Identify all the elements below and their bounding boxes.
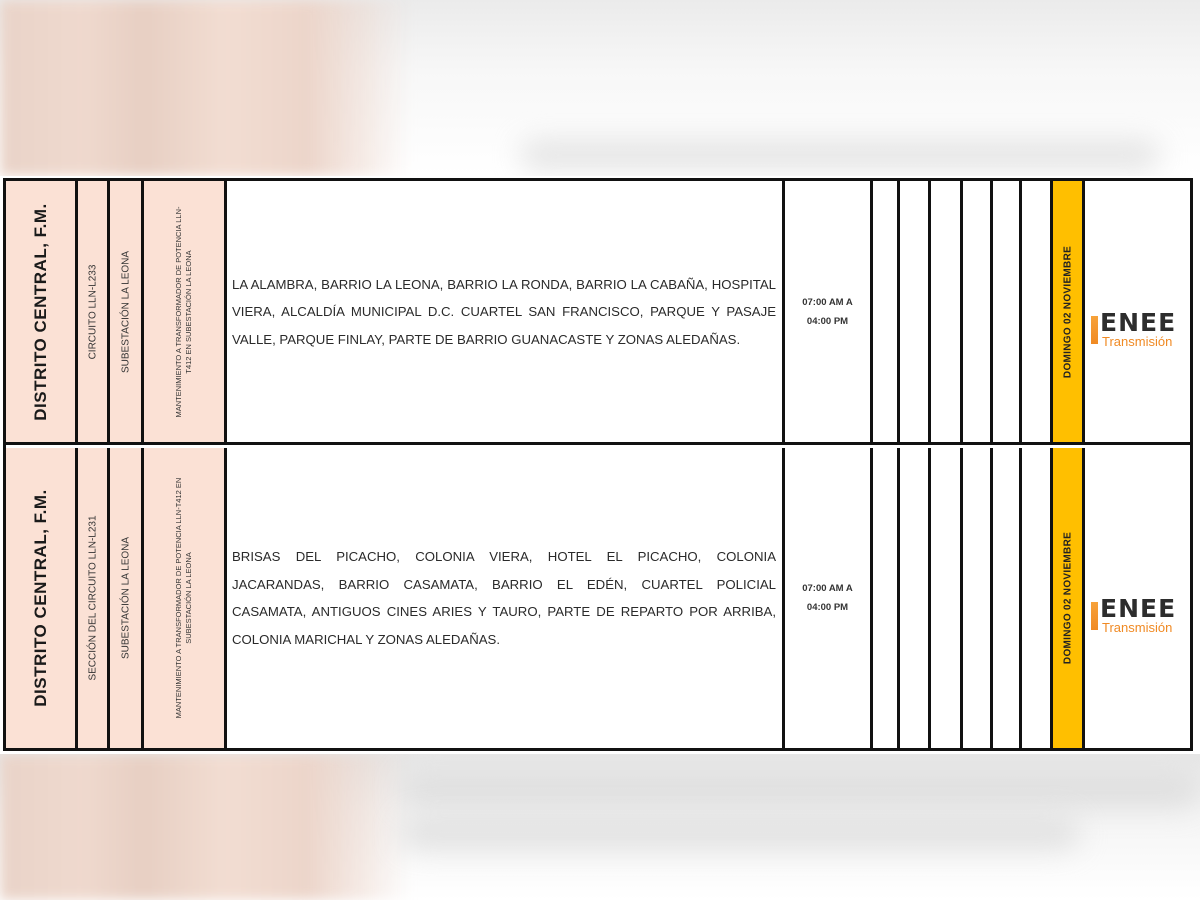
work-description-cell: MANTENIMIENTO A TRANSFORMADOR DE POTENCI… (144, 448, 227, 748)
district-label: DISTRITO CENTRAL, F.M. (31, 203, 51, 421)
logo-cell: ENEE Transmisión (1085, 448, 1190, 748)
logo-main-text: ENEE (1100, 594, 1176, 623)
substation-label: SUBESTACIÓN LA LEONA (120, 250, 131, 372)
work-description: MANTENIMIENTO A TRANSFORMADOR DE POTENCI… (174, 453, 194, 743)
empty-cell (931, 448, 963, 748)
time-cell: 07:00 AM A 04:00 PM (785, 448, 873, 748)
empty-cell (931, 181, 963, 442)
circuit-label: SECCIÓN DEL CIRCUITO LLN-L231 (87, 515, 98, 680)
logo-cell: ENEE Transmisión (1085, 181, 1190, 442)
work-description: MANTENIMIENTO A TRANSFORMADOR DE POTENCI… (174, 204, 194, 419)
affected-areas-cell: LA ALAMBRA, BARRIO LA LEONA, BARRIO LA R… (227, 181, 785, 442)
blurred-text (400, 772, 1200, 808)
district-cell: DISTRITO CENTRAL, F.M. (6, 181, 78, 442)
empty-cell (963, 448, 993, 748)
empty-cell (993, 448, 1022, 748)
table-row: DISTRITO CENTRAL, F.M. CIRCUITO LLN-L233… (6, 181, 1190, 445)
date-cell: DOMINGO 02 NOVIEMBRE (1053, 181, 1085, 442)
time-start: 07:00 AM A (785, 579, 870, 598)
outage-schedule-table: DISTRITO CENTRAL, F.M. CIRCUITO LLN-L233… (3, 178, 1193, 751)
time-end: 04:00 PM (785, 598, 870, 617)
time-cell: 07:00 AM A 04:00 PM (785, 181, 873, 442)
empty-cell (1022, 448, 1053, 748)
affected-areas-text: LA ALAMBRA, BARRIO LA LEONA, BARRIO LA R… (232, 270, 776, 353)
blurred-text (520, 140, 1160, 170)
time-start: 07:00 AM A (785, 293, 870, 312)
blurred-peach-columns (0, 0, 410, 176)
blurred-background-top (0, 0, 1200, 176)
logo-sub-text: Transmisión (1102, 334, 1172, 349)
time-end: 04:00 PM (785, 312, 870, 331)
empty-cell (873, 181, 900, 442)
enee-logo-mark-icon (1091, 602, 1098, 630)
empty-cell (900, 181, 931, 442)
empty-cell (873, 448, 900, 748)
empty-cell (993, 181, 1022, 442)
affected-areas-cell: BRISAS DEL PICACHO, COLONIA VIERA, HOTEL… (227, 448, 785, 748)
circuit-cell: SECCIÓN DEL CIRCUITO LLN-L231 (78, 448, 110, 748)
table-row: DISTRITO CENTRAL, F.M. SECCIÓN DEL CIRCU… (6, 448, 1190, 748)
substation-cell: SUBESTACIÓN LA LEONA (110, 448, 144, 748)
date-label: DOMINGO 02 NOVIEMBRE (1062, 532, 1073, 664)
blurred-background-bottom (0, 754, 1200, 900)
district-label: DISTRITO CENTRAL, F.M. (31, 489, 51, 707)
enee-logo-mark-icon (1091, 316, 1098, 344)
date-label: DOMINGO 02 NOVIEMBRE (1062, 245, 1073, 377)
logo-main-text: ENEE (1100, 308, 1176, 337)
substation-label: SUBESTACIÓN LA LEONA (120, 537, 131, 659)
time-range: 07:00 AM A 04:00 PM (785, 293, 870, 331)
empty-cell (900, 448, 931, 748)
empty-cell (963, 181, 993, 442)
district-cell: DISTRITO CENTRAL, F.M. (6, 448, 78, 748)
substation-cell: SUBESTACIÓN LA LEONA (110, 181, 144, 442)
blurred-peach-columns (0, 754, 410, 900)
empty-cell (1022, 181, 1053, 442)
date-cell: DOMINGO 02 NOVIEMBRE (1053, 448, 1085, 748)
time-range: 07:00 AM A 04:00 PM (785, 579, 870, 617)
affected-areas-text: BRISAS DEL PICACHO, COLONIA VIERA, HOTEL… (232, 543, 776, 653)
work-description-cell: MANTENIMIENTO A TRANSFORMADOR DE POTENCI… (144, 181, 227, 442)
logo-sub-text: Transmisión (1102, 620, 1172, 635)
circuit-label: CIRCUITO LLN-L233 (87, 264, 98, 359)
blurred-text (400, 816, 1080, 850)
circuit-cell: CIRCUITO LLN-L233 (78, 181, 110, 442)
